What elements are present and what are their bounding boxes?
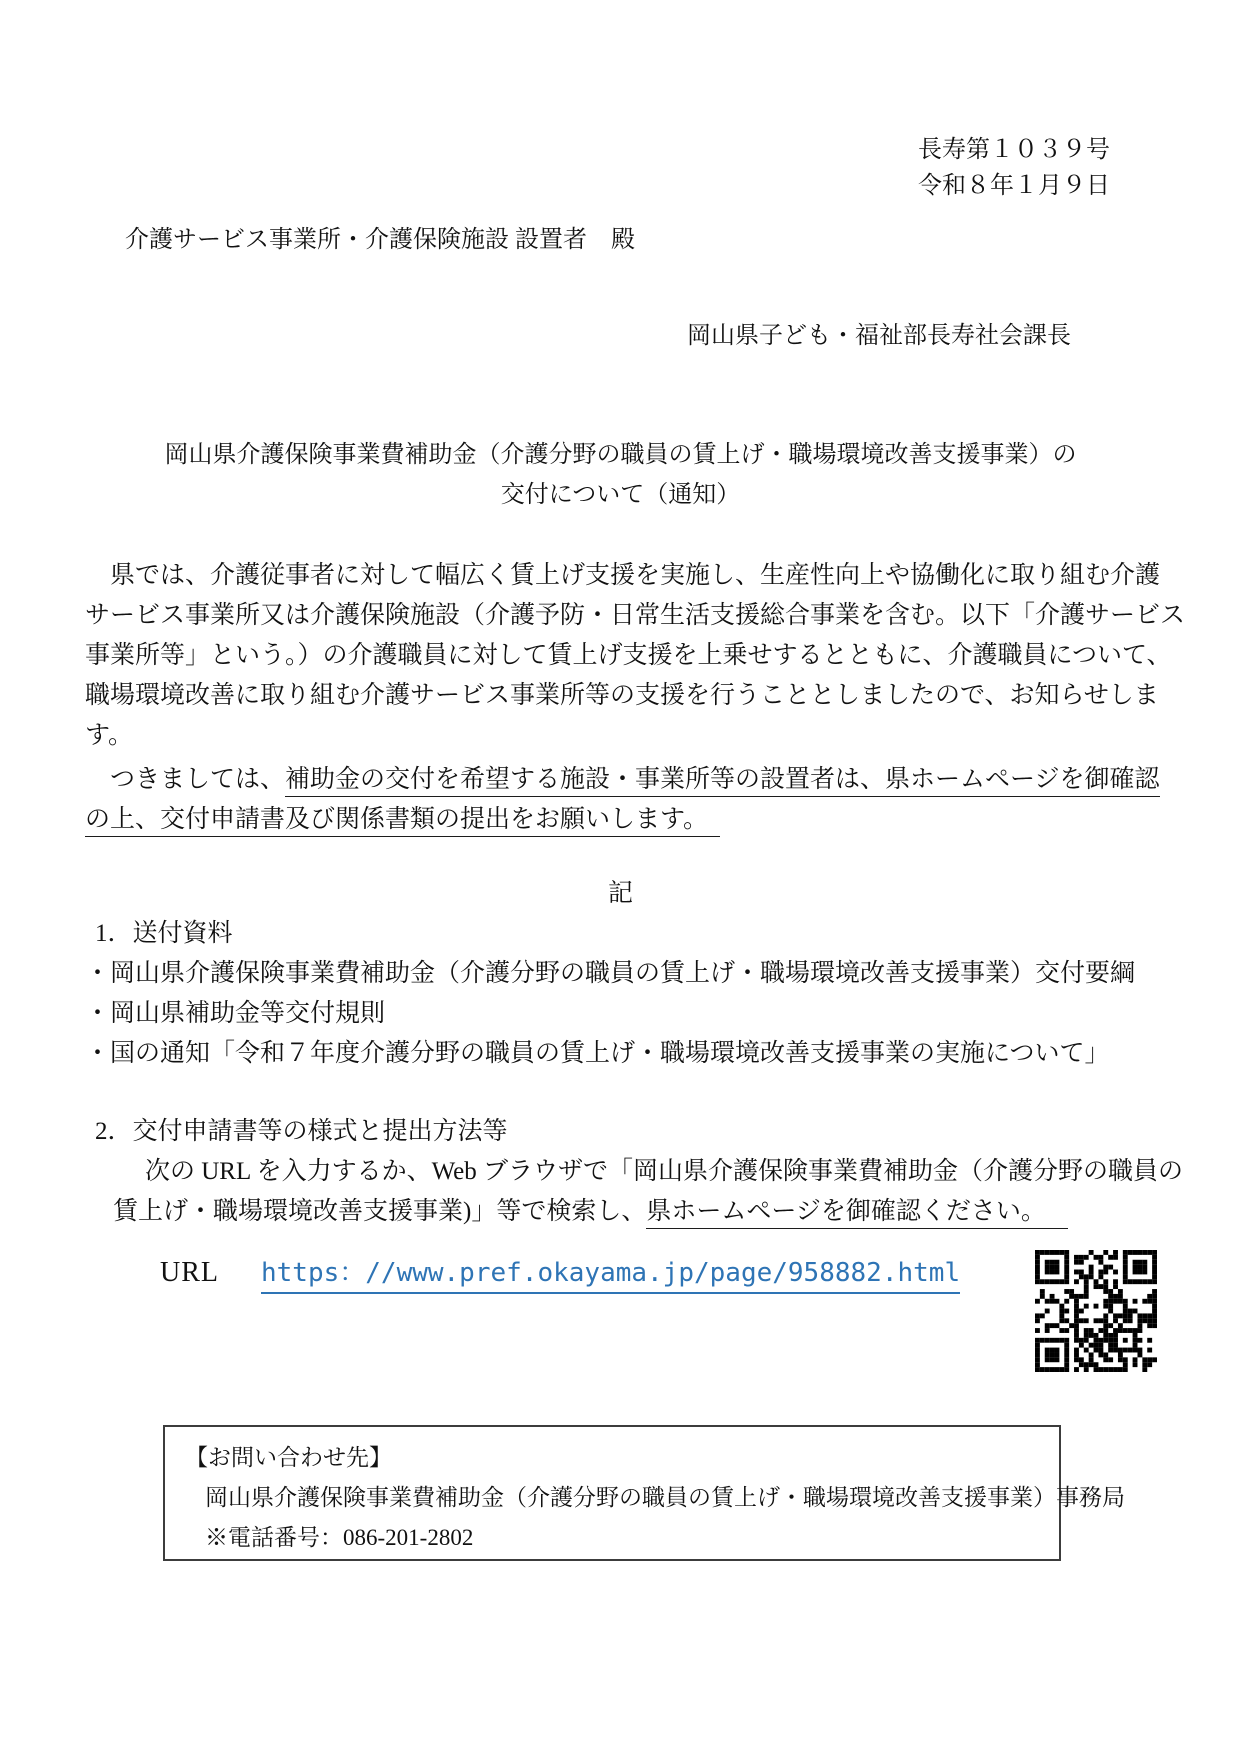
paragraph-1-line: 県では、介護従事者に対して幅広く賃上げ支援を実施し、生産性向上や協働化に取り組む…: [85, 556, 1160, 596]
paragraph-2-underlined-1: 補助金の交付を希望する施設・事業所等の設置者は、県ホームページを御確認: [285, 766, 1160, 797]
url-label: URL: [160, 1257, 219, 1288]
paragraph-1-line: サービス事業所又は介護保険施設（介護予防・日常生活支援総合事業を含む。以下「介護…: [85, 596, 1185, 636]
list-item: ・国の通知「令和７年度介護分野の職員の賃上げ・職場環境改善支援事業の実施について…: [85, 1034, 1110, 1074]
document-page: 長寿第１０３９号 令和８年１月９日 介護サービス事業所・介護保険施設 設置者 殿…: [0, 0, 1241, 1755]
paragraph-2-underlined-2: の上、交付申請書及び関係書類の提出をお願いします。: [85, 806, 720, 837]
paragraph-1-line: 事業所等」という。）の介護職員に対して賃上げ支援を上乗せするとともに、介護職員に…: [85, 636, 1172, 676]
section-2-line2-underlined: 県ホームページを御確認ください。: [646, 1198, 1068, 1229]
url-row: URLhttps：//www.pref.okayama.jp/page/9588…: [160, 1252, 960, 1289]
list-item: ・岡山県介護保険事業費補助金（介護分野の職員の賃上げ・職場環境改善支援事業）交付…: [85, 954, 1135, 994]
sender-line: 岡山県子ども・福祉部長寿社会課長: [687, 318, 1071, 354]
contact-phone: ※電話番号：086-201-2802: [205, 1519, 473, 1552]
recipient-line: 介護サービス事業所・介護保険施設 設置者 殿: [125, 222, 635, 258]
contact-office: 岡山県介護保険事業費補助金（介護分野の職員の賃上げ・職場環境改善支援事業）事務局: [205, 1479, 1125, 1512]
section-2-line2-lead: 賃上げ・職場環境改善支援事業)」等で検索し、: [113, 1198, 646, 1225]
document-title-line1: 岡山県介護保険事業費補助金（介護分野の職員の賃上げ・職場環境改善支援事業）の: [0, 437, 1241, 473]
section-2-heading: 2．交付申請書等の様式と提出方法等: [95, 1112, 508, 1152]
url-link[interactable]: https：//www.pref.okayama.jp/page/958882.…: [261, 1258, 960, 1294]
list-item: ・岡山県補助金等交付規則: [85, 994, 385, 1034]
ki-marker: 記: [0, 874, 1241, 914]
section-1-heading: 1．送付資料: [95, 914, 233, 954]
paragraph-1-line: す。: [85, 716, 133, 756]
contact-box: 【お問い合わせ先】 岡山県介護保険事業費補助金（介護分野の職員の賃上げ・職場環境…: [163, 1425, 1061, 1561]
document-title-line2: 交付について（通知）: [0, 477, 1241, 513]
paragraph-2-lead: つきましては、: [85, 766, 285, 793]
paragraph-1-line: 職場環境改善に取り組む介護サービス事業所等の支援を行うこととしましたので、お知ら…: [85, 676, 1159, 716]
section-2-line1: 次の URL を入力するか、Web ブラウザで「岡山県介護保険事業費補助金（介護…: [145, 1152, 1183, 1192]
doc-number: 長寿第１０３９号: [918, 132, 1110, 168]
issue-date: 令和８年１月９日: [918, 168, 1110, 204]
qr-code: [1035, 1250, 1157, 1372]
contact-heading: 【お問い合わせ先】: [185, 1439, 392, 1472]
